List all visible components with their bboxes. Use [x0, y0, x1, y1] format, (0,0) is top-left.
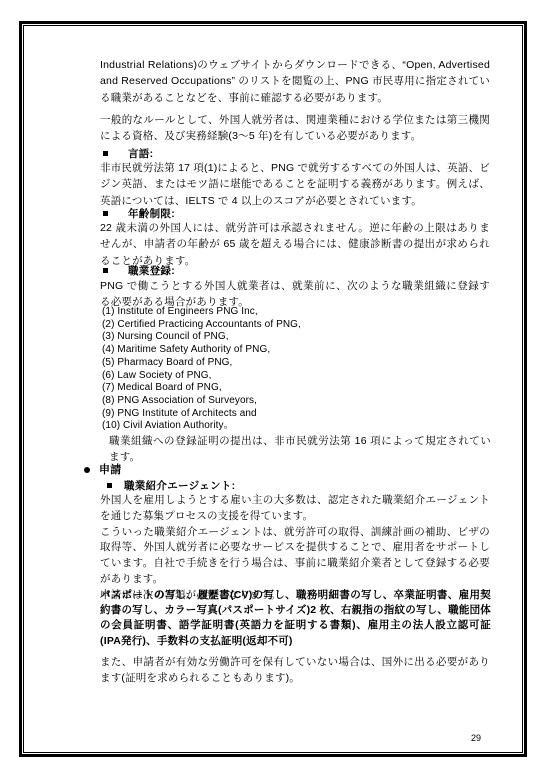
organization-list: (1) Institute of Engineers PNG Inc,(2) C… [102, 306, 492, 433]
list-item: (4) Maritime Safety Authority of PNG, [102, 344, 492, 357]
section-heading-label: 職業登録: [128, 264, 175, 278]
section-heading-label: 職業紹介エージェント: [124, 479, 235, 493]
paragraph-registration-note: 職業組織への登録証明の提出は、非市民就労法第 16 項によって規定されています。 [109, 433, 491, 466]
list-item: (7) Medical Board of PNG, [102, 382, 492, 395]
list-item: (2) Certified Practicing Accountants of … [102, 319, 492, 332]
section-heading-label: 年齢制限: [128, 207, 175, 221]
agent-paragraph-group: 外国人を雇用しようとする雇い主の大多数は、認定された職業紹介エージェントを通じた… [100, 493, 490, 604]
paragraph-language: 非市民就労法第 17 項(1)によると、PNG で就労するすべての外国人は、英語… [100, 160, 490, 209]
section-heading-label: 言語: [128, 147, 153, 161]
list-item: (8) PNG Association of Surveyors, [102, 395, 492, 408]
paragraph-agent-majority: 外国人を雇用しようとする雇い主の大多数は、認定された職業紹介エージェントを通じた… [100, 493, 490, 525]
section-heading-age-limit: 年齢制限: [103, 207, 175, 221]
list-item: (10) Civil Aviation Authority。 [102, 420, 492, 433]
square-bullet-icon [103, 268, 108, 273]
list-item: (1) Institute of Engineers PNG Inc, [102, 306, 492, 319]
list-item: (3) Nursing Council of PNG, [102, 331, 492, 344]
paragraph-permit-note: また、申請者が有効な労働許可を保有していない場合は、国外に出る必要があります(証… [100, 654, 490, 687]
paragraph-website-list: Industrial Relations)のウェブサイトからダウンロードできる、… [100, 57, 490, 106]
paragraph-agent-services: こういった職業紹介エージェントは、就労許可の取得、訓練計画の補助、ビザの取得等、… [100, 525, 490, 588]
list-item: (9) PNG Institute of Architects and [102, 408, 492, 421]
square-bullet-icon [107, 483, 112, 488]
square-bullet-icon [103, 211, 108, 216]
section-heading-registration: 職業登録: [103, 264, 175, 278]
list-item: (6) Law Society of PNG, [102, 370, 492, 383]
paragraph-age-limit: 22 歳未満の外国人には、就労許可は承認されません。逆に年齢の上限はありませんが… [100, 220, 490, 269]
paragraph-general-rule: 一般的なルールとして、外国人就労者は、関連業種における学位または第三機関による資… [100, 112, 490, 145]
list-item: (5) Pharmacy Board of PNG, [102, 357, 492, 370]
section-heading-language: 言語: [103, 147, 153, 161]
square-bullet-icon [103, 151, 108, 156]
required-documents-text: パスポートの写し、履歴書(CV)の写し、職務明細書の写し、卒業証明書、雇用契約書… [100, 588, 491, 649]
section-heading-label: 申請 [99, 463, 122, 478]
page-number: 29 [471, 733, 481, 744]
section-heading-agent: 職業紹介エージェント: [107, 479, 235, 493]
section-heading-application: 申請 [84, 463, 122, 478]
circle-bullet-icon [84, 467, 90, 473]
